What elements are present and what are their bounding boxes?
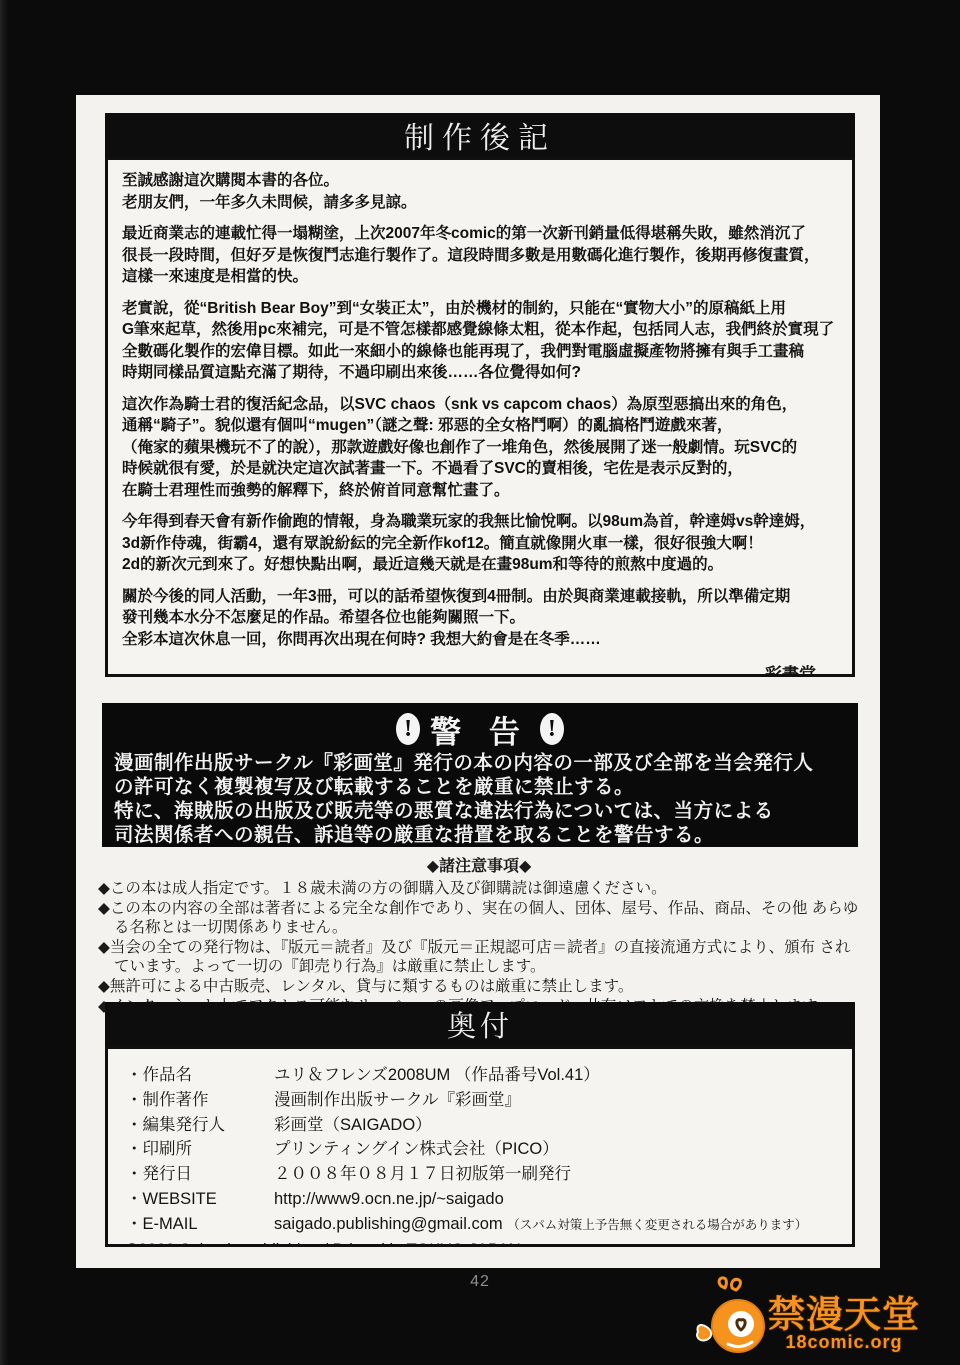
paper-page: 制作後記 至誠感謝這次購閱本書的各位。 老朋友們，一年多久未問候，請多多見諒。 … xyxy=(76,95,880,1268)
warning-text: 漫画制作出版サークル『彩画堂』発行の本の内容の一部及び全部を当会発行人 の許可な… xyxy=(114,752,846,847)
warning-title-row: ! 警 告 ! xyxy=(114,708,846,750)
note-item: ◆この本の内容の全部は著者による完全な創作であり、実在の個人、団体、屋号、作品、… xyxy=(98,899,860,938)
author-signature: 彩畫堂 xyxy=(122,660,816,677)
exclamation-icon: ! xyxy=(396,713,420,745)
colophon-row: ・発行日２００８年０８月１７日初版第一刷発行 xyxy=(126,1162,834,1187)
scanned-page-view: 制作後記 至誠感謝這次購閱本書的各位。 老朋友們，一年多久未問候，請多多見諒。 … xyxy=(0,0,960,1365)
afterword-title-bar: 制作後記 xyxy=(105,113,855,157)
site-watermark: 禁漫天堂 18comic.org xyxy=(694,1276,944,1360)
notes-heading: ◆諸注意事項◆ xyxy=(98,853,860,876)
afterword-paragraph: 這次作為騎士君的復活紀念品，以SVC chaos（snk vs capcom c… xyxy=(122,394,838,502)
colophon-box: ・作品名ユリ＆フレンズ2008UM （作品番号Vol.41） ・制作著作漫画制作… xyxy=(105,1046,855,1247)
afterword-paragraph: 老實說，從“British Bear Boy”到“女裝正太”，由於機材的制約，只… xyxy=(122,298,838,384)
afterword-body-box: 至誠感謝這次購閱本書的各位。 老朋友們，一年多久未問候，請多多見諒。 最近商業志… xyxy=(105,157,855,677)
email-change-note: （スパム対策上予告無く変更される場合があります） xyxy=(507,1218,807,1232)
warning-box: ! 警 告 ! 漫画制作出版サークル『彩画堂』発行の本の内容の一部及び全部を当会… xyxy=(102,703,858,847)
colophon-row-email: ・E-MAILsaigado.publishing@gmail.com （スパム… xyxy=(126,1212,834,1238)
copyright-line: ©2008 Saigado publishing / Printed in TO… xyxy=(126,1238,834,1247)
notes-section: ◆諸注意事項◆ ◆この本は成人指定です。１８歳未満の方の御購入及び御購読は御遠慮… xyxy=(98,853,860,1016)
warning-title: 警 告 xyxy=(430,707,530,752)
colophon-title: 奥付 xyxy=(447,1004,513,1045)
watermark-site-url: 18comic.org xyxy=(764,1332,924,1353)
afterword-title: 制作後記 xyxy=(404,113,556,157)
colophon-row: ・作品名ユリ＆フレンズ2008UM （作品番号Vol.41） xyxy=(126,1063,834,1088)
afterword-paragraph: 關於今後的同人活動，一年3冊，可以的話希望恢復到4冊制。由於與商業連載接軌，所以… xyxy=(122,586,838,651)
colophon-row: ・編集発行人彩画堂（SAIGADO） xyxy=(126,1113,834,1138)
afterword-paragraph: 最近商業志的連載忙得一塌糊塗，上次2007年冬comic的第一次新刊銷量低得堪稱… xyxy=(122,223,838,288)
scan-edge-artifact xyxy=(0,0,9,1365)
colophon-row: ・制作著作漫画制作出版サークル『彩画堂』 xyxy=(126,1088,834,1113)
whale-icon xyxy=(694,1276,772,1360)
colophon-row: ・印刷所プリンティングイン株式会社（PICO） xyxy=(126,1137,834,1162)
note-item: ◆無許可による中古販売、レンタル、貸与に類するものは厳重に禁止します。 xyxy=(98,977,860,997)
afterword-paragraph: 至誠感謝這次購閱本書的各位。 老朋友們，一年多久未問候，請多多見諒。 xyxy=(122,170,838,213)
note-item: ◆当会の全ての発行物は、『版元＝読者』及び『版元＝正規認可店＝読者』の直接流通方… xyxy=(98,938,860,977)
note-item: ◆この本は成人指定です。１８歳未満の方の御購入及び御購読は御遠慮ください。 xyxy=(98,879,860,899)
afterword-paragraph: 今年得到春天會有新作偷跑的情報，身為職業玩家的我無比愉悅啊。以98um為首，幹達… xyxy=(122,511,838,576)
colophon-title-bar: 奥付 xyxy=(105,1002,855,1046)
colophon-row: ・WEBSITEhttp://www9.ocn.ne.jp/~saigado xyxy=(126,1187,834,1212)
exclamation-icon: ! xyxy=(540,713,564,745)
watermark-site-name: 禁漫天堂 xyxy=(764,1296,924,1333)
